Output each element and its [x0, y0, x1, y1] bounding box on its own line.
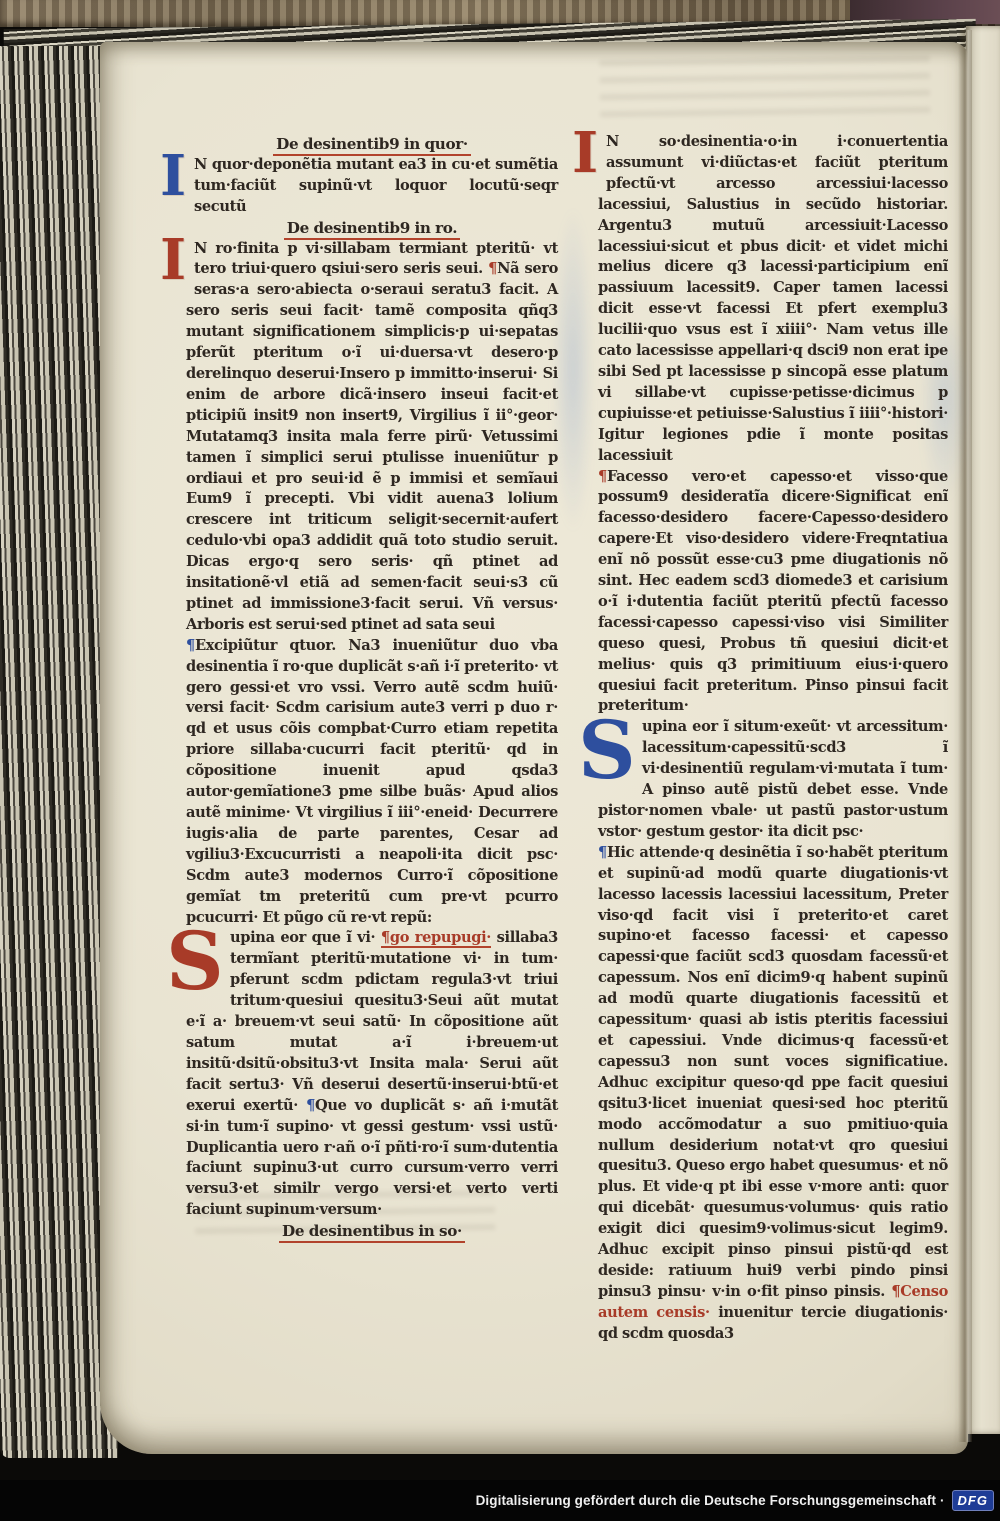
text-run: Hic attende·q desinẽtia ĩ so·habẽt pteri… — [598, 844, 948, 1300]
rubric-heading-text: De desinentib9 in ro. — [284, 219, 460, 240]
drop-initial: S — [578, 719, 636, 781]
text-run: Que vo duplicãt s· añ i·mutãt si·in tum·… — [186, 1097, 558, 1219]
funding-caption: Digitalisierung gefördert durch die Deut… — [476, 1493, 945, 1508]
rubric-heading: De desinentib9 in quor· — [186, 134, 558, 155]
pilcrow-mark: ¶ — [306, 1097, 315, 1114]
scanned-book-photo: De desinentib9 in quor·IN quor·deponẽtia… — [0, 0, 1000, 1521]
right-text-column: IN so·desinentia·o·in i·conuertentia ass… — [598, 132, 948, 1345]
drop-initial: I — [572, 132, 602, 175]
text-block: ¶Excipiũtur qtuor. Na3 inueniũtur duo vb… — [186, 636, 558, 929]
text-block: IN so·desinentia·o·in i·conuertentia ass… — [598, 132, 948, 467]
rubric-heading-text: De desinentib9 in quor· — [273, 135, 471, 156]
text-run: upina eor que ĩ vi· — [230, 929, 381, 946]
text-showthrough — [600, 56, 931, 129]
text-block: Supina eor que ĩ vi· ¶go repupugi· silla… — [186, 928, 558, 1221]
text-run: Nã sero seras·a sero·abiecta o·seraui se… — [186, 260, 558, 632]
text-run: sillaba3 termĩant pteritũ·mutatione vi· … — [186, 929, 558, 1113]
left-text-column: De desinentib9 in quor·IN quor·deponẽtia… — [186, 134, 558, 1242]
rubric-heading-text: De desinentibus in so· — [279, 1222, 465, 1243]
text-block: ¶Hic attende·q desinẽtia ĩ so·habẽt pter… — [598, 843, 948, 1345]
rubric-heading: De desinentib9 in ro. — [186, 218, 558, 239]
pilcrow-mark: ¶ — [598, 468, 607, 485]
text-block: IN ro·finita p vi·sillabam termiant pter… — [186, 239, 558, 636]
drop-initial: S — [166, 930, 224, 992]
text-block: ¶Facesso vero·et capesso·et visso·que po… — [598, 467, 948, 718]
drop-initial: I — [160, 239, 190, 282]
dfg-logo: DFG — [952, 1490, 994, 1511]
page-fold-shadow — [958, 30, 972, 1442]
text-run: N so·desinentia·o·in i·conuertentia assu… — [598, 133, 948, 464]
pilcrow-mark: ¶ — [186, 637, 195, 654]
digitization-caption-bar: Digitalisierung gefördert durch die Deut… — [0, 1480, 1000, 1521]
text-run: Excipiũtur qtuor. Na3 inueniũtur duo vba… — [186, 637, 558, 926]
text-block: Supina eor ĩ situm·exeũt· vt arcessitum·… — [598, 717, 948, 842]
text-run: N quor·deponẽtia mutant ea3 in cu·et sum… — [194, 156, 558, 215]
text-run: Facesso vero·et capesso·et visso·que pos… — [598, 468, 948, 715]
pilcrow-mark: ¶ — [598, 844, 607, 861]
text-block: IN quor·deponẽtia mutant ea3 in cu·et su… — [186, 155, 558, 218]
text-run: ¶go repupugi· — [381, 929, 491, 948]
pilcrow-mark: ¶ — [488, 260, 497, 277]
rubric-heading: De desinentibus in so· — [186, 1221, 558, 1242]
drop-initial: I — [160, 155, 190, 198]
text-run: upina eor ĩ situm·exeũt· vt arcessitum· … — [598, 718, 948, 840]
